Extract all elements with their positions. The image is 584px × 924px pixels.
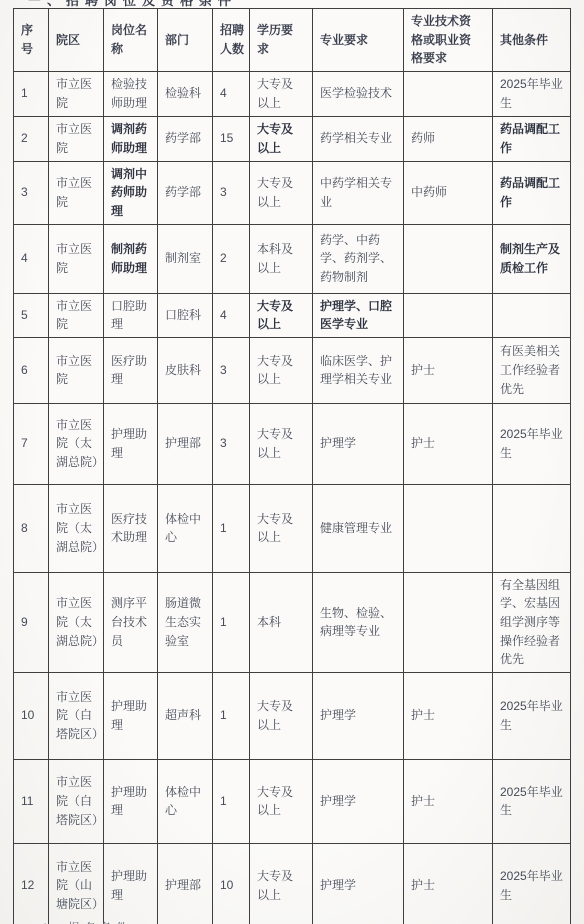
column-header-position: 岗位名称: [104, 9, 158, 72]
cell-campus: 市立医院: [49, 116, 104, 161]
cell-qualification: 护士: [404, 843, 493, 924]
cell-department: 护理部: [158, 403, 213, 484]
cell-qualification: [404, 572, 493, 672]
cell-campus: 市立医院: [49, 161, 104, 224]
cell-campus: 市立医院（白塔院区）: [49, 759, 104, 843]
cell-campus: 市立医院（太湖总院）: [49, 484, 104, 572]
cell-count: 3: [213, 337, 250, 403]
cell-other: [493, 484, 571, 572]
cell-education: 大专及以上: [250, 843, 313, 924]
cell-campus: 市立医院: [49, 337, 104, 403]
table-row: 11市立医院（白塔院区）护理助理体检中心1大专及以上护理学护士2025年毕业生: [14, 759, 571, 843]
cell-education: 大专及以上: [250, 293, 313, 337]
cell-count: 1: [213, 572, 250, 672]
cell-other: [493, 293, 571, 337]
cell-campus: 市立医院（太湖总院）: [49, 403, 104, 484]
table-row: 8市立医院（太湖总院）医疗技术助理体检中心1大专及以上健康管理专业: [14, 484, 571, 572]
cell-qualification: 护士: [404, 759, 493, 843]
cell-major: 医学检验技术: [313, 71, 404, 116]
cell-no: 3: [14, 161, 49, 224]
table-row: 1市立医院检验技师助理检验科4大专及以上医学检验技术2025年毕业生: [14, 71, 571, 116]
column-header-education: 学历要求: [250, 9, 313, 72]
cell-qualification: 护士: [404, 672, 493, 759]
cell-major: 药学、中药学、药剂学、药物制剂: [313, 224, 404, 293]
cell-major: 护理学: [313, 403, 404, 484]
cell-qualification: [404, 484, 493, 572]
cell-other: 制剂生产及质检工作: [493, 224, 571, 293]
cell-department: 制剂室: [158, 224, 213, 293]
cell-education: 大专及以上: [250, 672, 313, 759]
cell-major: 护理学、口腔医学专业: [313, 293, 404, 337]
table-row: 3市立医院调剂中药师助理药学部3大专及以上中药学相关专业中药师药品调配工作: [14, 161, 571, 224]
cell-other: 有全基因组学、宏基因组学测序等操作经验者优先: [493, 572, 571, 672]
cell-education: 本科及以上: [250, 224, 313, 293]
cell-no: 6: [14, 337, 49, 403]
cell-position: 调剂药师助理: [104, 116, 158, 161]
cell-department: 药学部: [158, 116, 213, 161]
table-row: 2市立医院调剂药师助理药学部15大专及以上药学相关专业药师药品调配工作: [14, 116, 571, 161]
cell-qualification: [404, 293, 493, 337]
cell-major: 药学相关专业: [313, 116, 404, 161]
cell-position: 测序平台技术员: [104, 572, 158, 672]
column-header-campus: 院区: [49, 9, 104, 72]
cell-position: 调剂中药师助理: [104, 161, 158, 224]
cell-other: 2025年毕业生: [493, 403, 571, 484]
column-header-other: 其他条件: [493, 9, 571, 72]
cell-position: 护理助理: [104, 403, 158, 484]
cell-other: 2025年毕业生: [493, 759, 571, 843]
clipped-footer-text: 二、报名条件: [36, 919, 132, 924]
cell-position: 护理助理: [104, 672, 158, 759]
cell-no: 7: [14, 403, 49, 484]
cell-education: 大专及以上: [250, 161, 313, 224]
cell-other: 药品调配工作: [493, 161, 571, 224]
cell-major: 护理学: [313, 672, 404, 759]
cell-education: 大专及以上: [250, 337, 313, 403]
cell-campus: 市立医院（白塔院区）: [49, 672, 104, 759]
cell-no: 2: [14, 116, 49, 161]
column-header-major: 专业要求: [313, 9, 404, 72]
cell-no: 1: [14, 71, 49, 116]
table-row: 7市立医院（太湖总院）护理助理护理部3大专及以上护理学护士2025年毕业生: [14, 403, 571, 484]
table-row: 9市立医院（太湖总院）测序平台技术员肠道微生态实验室1本科生物、检验、病理等专业…: [14, 572, 571, 672]
table-header-row: 序号 院区 岗位名称 部门 招聘人数 学历要求 专业要求 专业技术资格或职业资格…: [14, 9, 571, 72]
document-photo-background: 一、招聘岗位及资格条件 序号 院区 岗位名称 部门 招聘人数 学历要求 专业要求…: [0, 0, 584, 924]
clipped-section-title: 一、招聘岗位及资格条件: [28, 0, 237, 7]
cell-major: 生物、检验、病理等专业: [313, 572, 404, 672]
cell-campus: 市立医院（山塘院区）: [49, 843, 104, 924]
cell-no: 9: [14, 572, 49, 672]
table-row: 10市立医院（白塔院区）护理助理超声科1大专及以上护理学护士2025年毕业生: [14, 672, 571, 759]
cell-position: 制剂药师助理: [104, 224, 158, 293]
cell-count: 10: [213, 843, 250, 924]
cell-campus: 市立医院: [49, 71, 104, 116]
cell-department: 护理部: [158, 843, 213, 924]
cell-count: 4: [213, 293, 250, 337]
cell-education: 大专及以上: [250, 484, 313, 572]
cell-count: 1: [213, 484, 250, 572]
cell-qualification: 护士: [404, 403, 493, 484]
cell-other: 2025年毕业生: [493, 843, 571, 924]
cell-count: 3: [213, 403, 250, 484]
cell-count: 15: [213, 116, 250, 161]
cell-education: 大专及以上: [250, 71, 313, 116]
table-body: 1市立医院检验技师助理检验科4大专及以上医学检验技术2025年毕业生2市立医院调…: [14, 71, 571, 924]
column-header-count: 招聘人数: [213, 9, 250, 72]
cell-department: 体检中心: [158, 759, 213, 843]
cell-other: 2025年毕业生: [493, 71, 571, 116]
cell-position: 口腔助理: [104, 293, 158, 337]
cell-department: 药学部: [158, 161, 213, 224]
cell-position: 医疗助理: [104, 337, 158, 403]
cell-count: 2: [213, 224, 250, 293]
cell-education: 大专及以上: [250, 759, 313, 843]
cell-no: 4: [14, 224, 49, 293]
cell-department: 肠道微生态实验室: [158, 572, 213, 672]
table-row: 4市立医院制剂药师助理制剂室2本科及以上药学、中药学、药剂学、药物制剂制剂生产及…: [14, 224, 571, 293]
cell-qualification: 中药师: [404, 161, 493, 224]
cell-education: 大专及以上: [250, 116, 313, 161]
cell-qualification: [404, 71, 493, 116]
table-header: 序号 院区 岗位名称 部门 招聘人数 学历要求 专业要求 专业技术资格或职业资格…: [14, 9, 571, 72]
table-row: 6市立医院医疗助理皮肤科3大专及以上临床医学、护理学相关专业护士有医美相关工作经…: [14, 337, 571, 403]
cell-count: 1: [213, 759, 250, 843]
cell-department: 皮肤科: [158, 337, 213, 403]
cell-no: 8: [14, 484, 49, 572]
column-header-no: 序号: [14, 9, 49, 72]
cell-no: 5: [14, 293, 49, 337]
cell-other: 有医美相关工作经验者优先: [493, 337, 571, 403]
cell-count: 1: [213, 672, 250, 759]
cell-major: 护理学: [313, 843, 404, 924]
cell-major: 健康管理专业: [313, 484, 404, 572]
cell-no: 11: [14, 759, 49, 843]
cell-position: 检验技师助理: [104, 71, 158, 116]
cell-campus: 市立医院: [49, 293, 104, 337]
cell-education: 大专及以上: [250, 403, 313, 484]
cell-count: 4: [213, 71, 250, 116]
cell-major: 中药学相关专业: [313, 161, 404, 224]
cell-no: 10: [14, 672, 49, 759]
cell-education: 本科: [250, 572, 313, 672]
cell-campus: 市立医院（太湖总院）: [49, 572, 104, 672]
table-row: 12市立医院（山塘院区）护理助理护理部10大专及以上护理学护士2025年毕业生: [14, 843, 571, 924]
cell-qualification: [404, 224, 493, 293]
recruitment-positions-table: 序号 院区 岗位名称 部门 招聘人数 学历要求 专业要求 专业技术资格或职业资格…: [13, 8, 571, 924]
cell-no: 12: [14, 843, 49, 924]
cell-other: 药品调配工作: [493, 116, 571, 161]
column-header-qualification: 专业技术资格或职业资格要求: [404, 9, 493, 72]
cell-qualification: 护士: [404, 337, 493, 403]
cell-qualification: 药师: [404, 116, 493, 161]
cell-other: 2025年毕业生: [493, 672, 571, 759]
cell-major: 临床医学、护理学相关专业: [313, 337, 404, 403]
cell-major: 护理学: [313, 759, 404, 843]
cell-department: 检验科: [158, 71, 213, 116]
cell-position: 护理助理: [104, 759, 158, 843]
cell-department: 体检中心: [158, 484, 213, 572]
cell-department: 超声科: [158, 672, 213, 759]
cell-position: 护理助理: [104, 843, 158, 924]
cell-department: 口腔科: [158, 293, 213, 337]
table-row: 5市立医院口腔助理口腔科4大专及以上护理学、口腔医学专业: [14, 293, 571, 337]
cell-campus: 市立医院: [49, 224, 104, 293]
cell-position: 医疗技术助理: [104, 484, 158, 572]
column-header-department: 部门: [158, 9, 213, 72]
cell-count: 3: [213, 161, 250, 224]
